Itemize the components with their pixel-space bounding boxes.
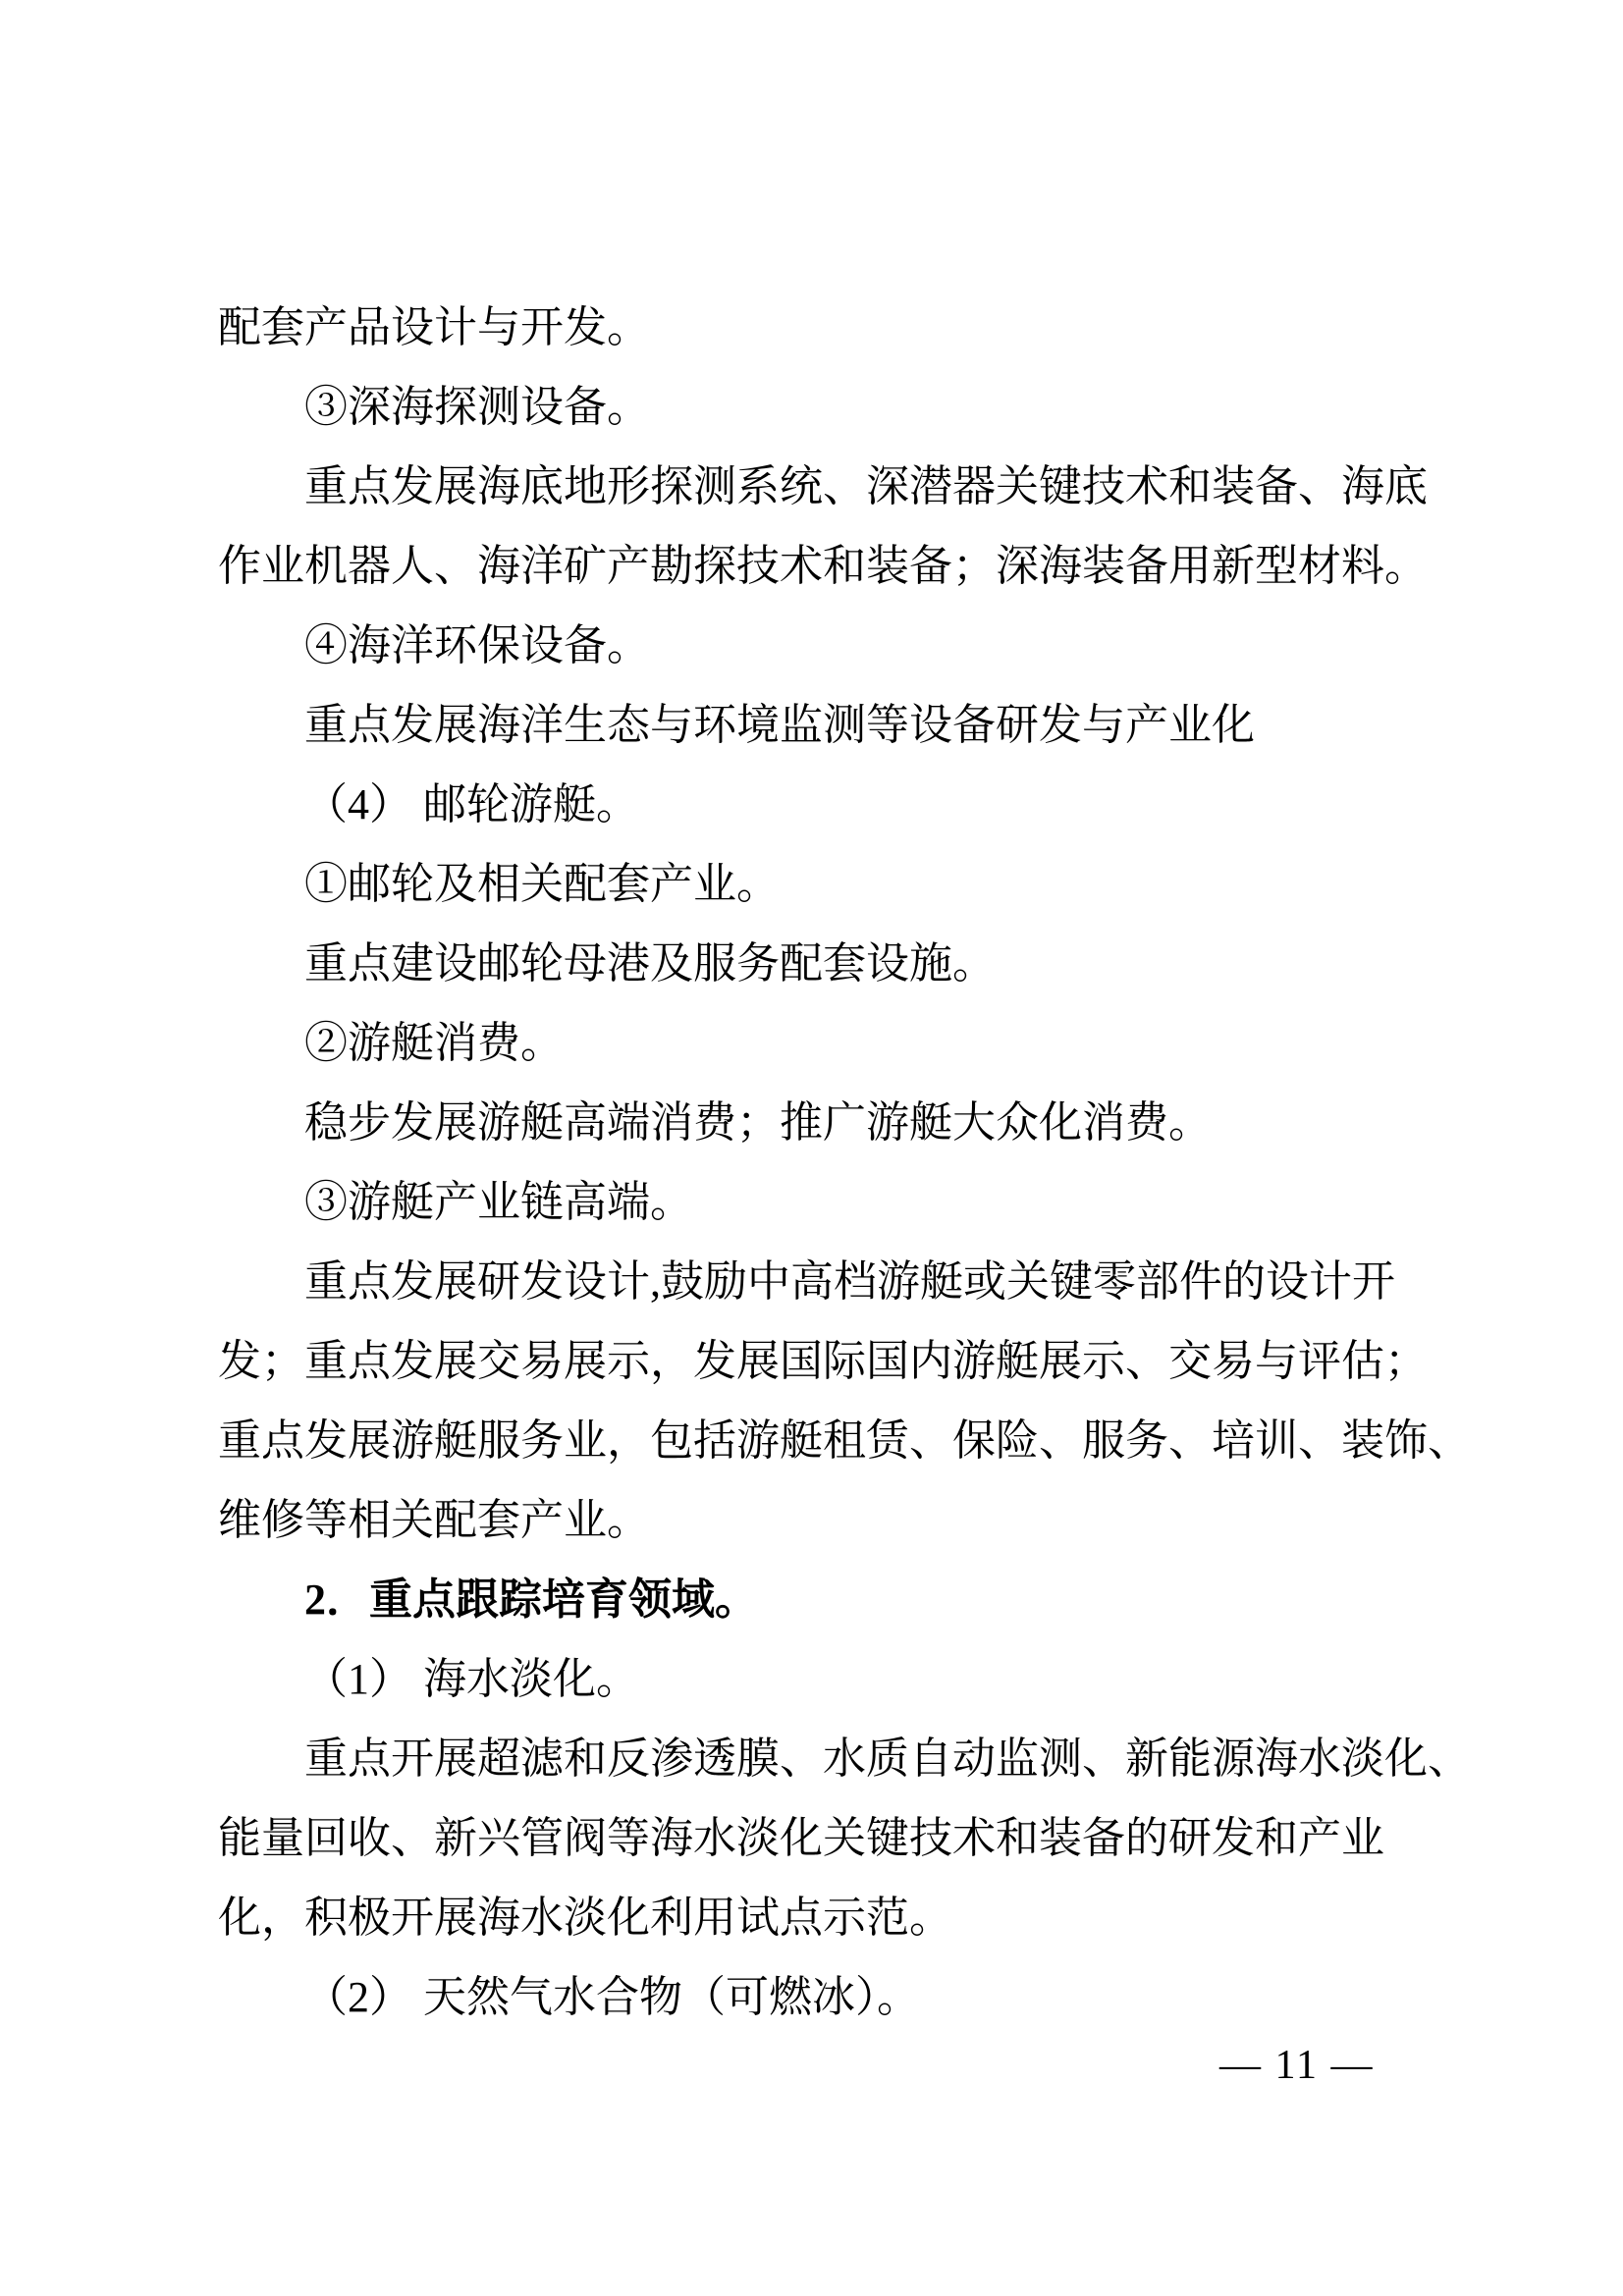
text-line: ④海洋环保设备。 <box>218 606 1435 685</box>
text-line: 重点发展游艇服务业，包括游艇租赁、保险、服务、培训、装饰、 <box>218 1401 1435 1480</box>
page-number: — 11 — <box>1219 2040 1374 2091</box>
document-page: 配套产品设计与开发。 ③深海探测设备。 重点发展海底地形探测系统、深潜器关键技术… <box>0 0 1623 2296</box>
text-line: 重点开展超滤和反渗透膜、水质自动监测、新能源海水淡化、 <box>218 1719 1435 1798</box>
text-line: 作业机器人、海洋矿产勘探技术和装备；深海装备用新型材料。 <box>218 526 1435 606</box>
text-line: 稳步发展游艇高端消费；推广游艇大众化消费。 <box>218 1083 1435 1162</box>
text-line: 配套产品设计与开发。 <box>218 288 1435 367</box>
text-line: 发；重点发展交易展示，发展国际国内游艇展示、交易与评估； <box>218 1321 1435 1401</box>
text-line: 维修等相关配套产业。 <box>218 1480 1435 1560</box>
text-line: 重点发展研发设计,鼓励中高档游艇或关键零部件的设计开 <box>218 1242 1435 1321</box>
text-line: 重点发展海底地形探测系统、深潜器关键技术和装备、海底 <box>218 447 1435 526</box>
text-line section-heading: 2．重点跟踪培育领域。 <box>218 1560 1435 1639</box>
text-line: 重点建设邮轮母港及服务配套设施。 <box>218 924 1435 1003</box>
document-text-block: 配套产品设计与开发。 ③深海探测设备。 重点发展海底地形探测系统、深潜器关键技术… <box>218 288 1435 2037</box>
text-line: （1） 海水淡化。 <box>218 1639 1435 1719</box>
text-line: （2） 天然气水合物（可燃冰）。 <box>218 1957 1435 2037</box>
text-line: 重点发展海洋生态与环境监测等设备研发与产业化 <box>218 685 1435 765</box>
text-line: 能量回收、新兴管阀等海水淡化关键技术和装备的研发和产业 <box>218 1798 1435 1878</box>
text-line: ③游艇产业链高端。 <box>218 1162 1435 1242</box>
text-line: ①邮轮及相关配套产业。 <box>218 844 1435 924</box>
text-line: ②游艇消费。 <box>218 1003 1435 1083</box>
text-line: 化，积极开展海水淡化利用试点示范。 <box>218 1878 1435 1957</box>
text-line: ③深海探测设备。 <box>218 367 1435 447</box>
text-line: （4） 邮轮游艇。 <box>218 765 1435 844</box>
